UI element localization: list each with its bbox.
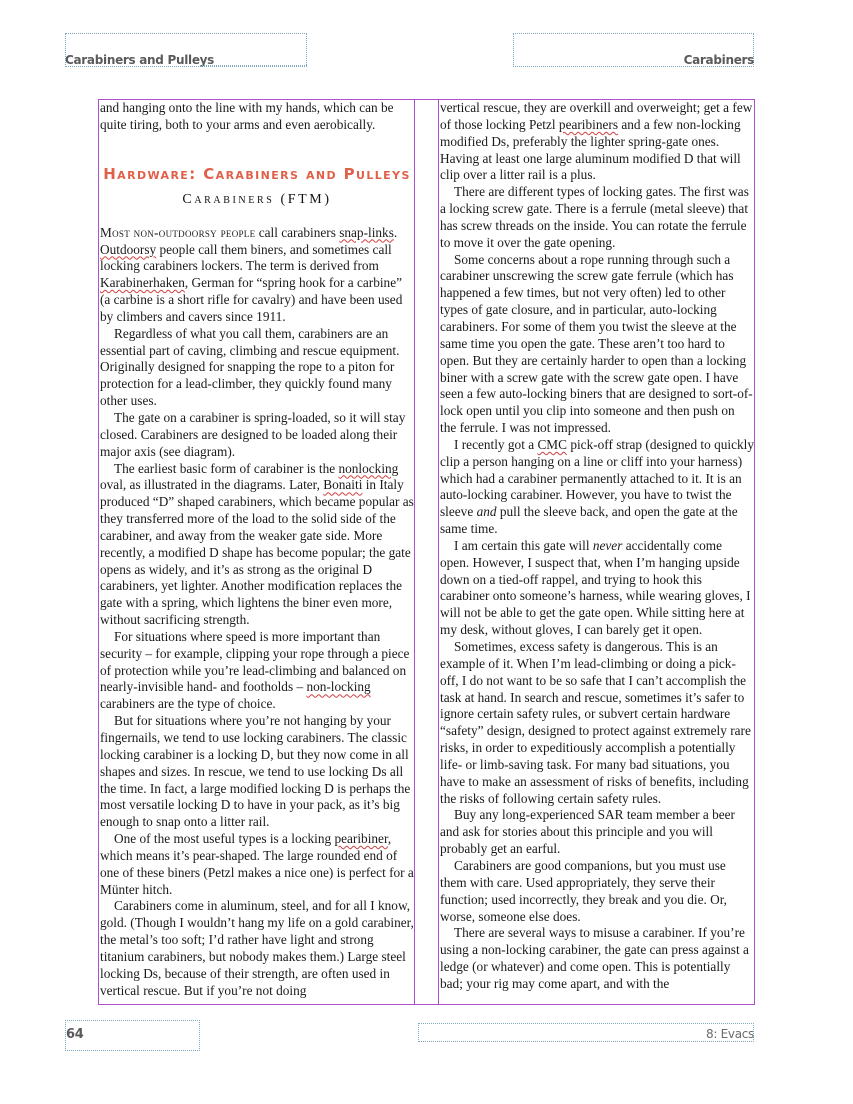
spellcheck-word: Bonaiti [323,477,362,492]
paragraph: Some concerns about a rope running throu… [440,252,754,437]
paragraph: I am certain this gate will never accide… [440,538,754,639]
running-header-right: Carabiners [684,53,754,67]
spellcheck-word: nonlocking [338,461,398,476]
spellcheck-word: Karabinerhaken [100,275,185,290]
paragraph: Carabiners are good companions, but you … [440,858,754,925]
paragraph: I recently got a CMC pick-off strap (des… [440,437,754,538]
spellcheck-word: snap-links [339,225,394,240]
running-header-left: Carabiners and Pulleys [65,53,214,67]
paragraph: For situations where speed is more impor… [100,629,414,713]
spellcheck-word: Outdoorsy [100,242,156,257]
spellcheck-word: non-locking [306,679,370,694]
paragraph: Carabiners come in aluminum, steel, and … [100,898,414,999]
intro-paragraph: and hanging onto the line with my hands,… [100,100,414,134]
paragraph: Buy any long-experienced SAR team member… [440,807,754,858]
paragraph: One of the most useful types is a lockin… [100,831,414,898]
text-column-right: vertical rescue, they are overkill and o… [438,99,755,1005]
spellcheck-word: pearibiners [559,117,618,132]
footer-left-frame [65,1020,200,1051]
header-left-leader [200,65,307,66]
paragraph: There are different types of locking gat… [440,184,754,251]
paragraph: There are several ways to misuse a carab… [440,925,754,992]
spellcheck-word: CMC [537,437,567,452]
lead-in-smallcaps: Most non-outdoorsy people [100,225,255,240]
subsection-heading: Carabiners (FTM) [100,190,414,210]
paragraph: The earliest basic form of carabiner is … [100,461,414,629]
paragraph: Sometimes, excess safety is dangerous. T… [440,639,754,807]
paragraph: vertical rescue, they are overkill and o… [440,100,754,184]
paragraph: Regardless of what you call them, carabi… [100,326,414,410]
spellcheck-word: pearibiner [334,831,387,846]
page-number: 64 [66,1027,84,1042]
paragraph: The gate on a carabiner is spring-loaded… [100,410,414,461]
section-heading: Hardware: Carabiners and Pulleys [100,164,414,184]
paragraph: Most non-outdoorsy people call carabiner… [100,225,414,326]
chapter-footer: 8: Evacs [706,1027,754,1041]
column-gutter-frame [414,99,438,1005]
text-column-left: and hanging onto the line with my hands,… [98,99,415,1005]
paragraph: But for situations where you’re not hang… [100,713,414,831]
footer-right-frame [418,1023,754,1042]
